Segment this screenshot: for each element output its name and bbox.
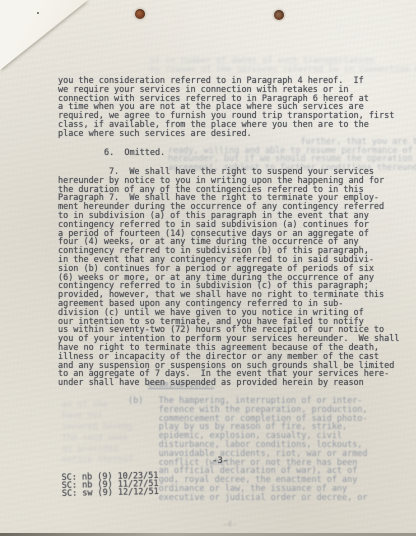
ghost-subdivision-b-clause: (b) The hampering, interruption of or in… (128, 397, 368, 503)
item-6-omitted: 6. Omitted. (104, 149, 165, 158)
overlapping-page-corner (0, 0, 88, 70)
page-number-bottom: -4- (222, 521, 237, 530)
folded-corner-surface (0, 0, 88, 70)
revision-notations: SC: nb (9) 10/23/51 SC: nb (9) 11/27/51 … (61, 472, 158, 499)
page-number-bleed: -3- (212, 457, 228, 466)
photograph-of-document: nt in number of dates of such transporta… (0, 0, 416, 536)
ghost-bleed-top: nt in number of dates of such transporta… (150, 57, 416, 74)
ink-speck (37, 12, 39, 14)
ghost-bleed-left-column: as of the have not secured hereby the sa… (62, 400, 133, 466)
paragraph-7: 7. We shall have the right to suspend yo… (58, 168, 399, 388)
paragraph-4-continuation: you the consideration referred to in Par… (58, 77, 394, 139)
punch-hole-right (274, 10, 284, 20)
notation-line: SC: sw (9) 12/12/51 (62, 488, 159, 498)
punch-hole-left (135, 9, 145, 19)
